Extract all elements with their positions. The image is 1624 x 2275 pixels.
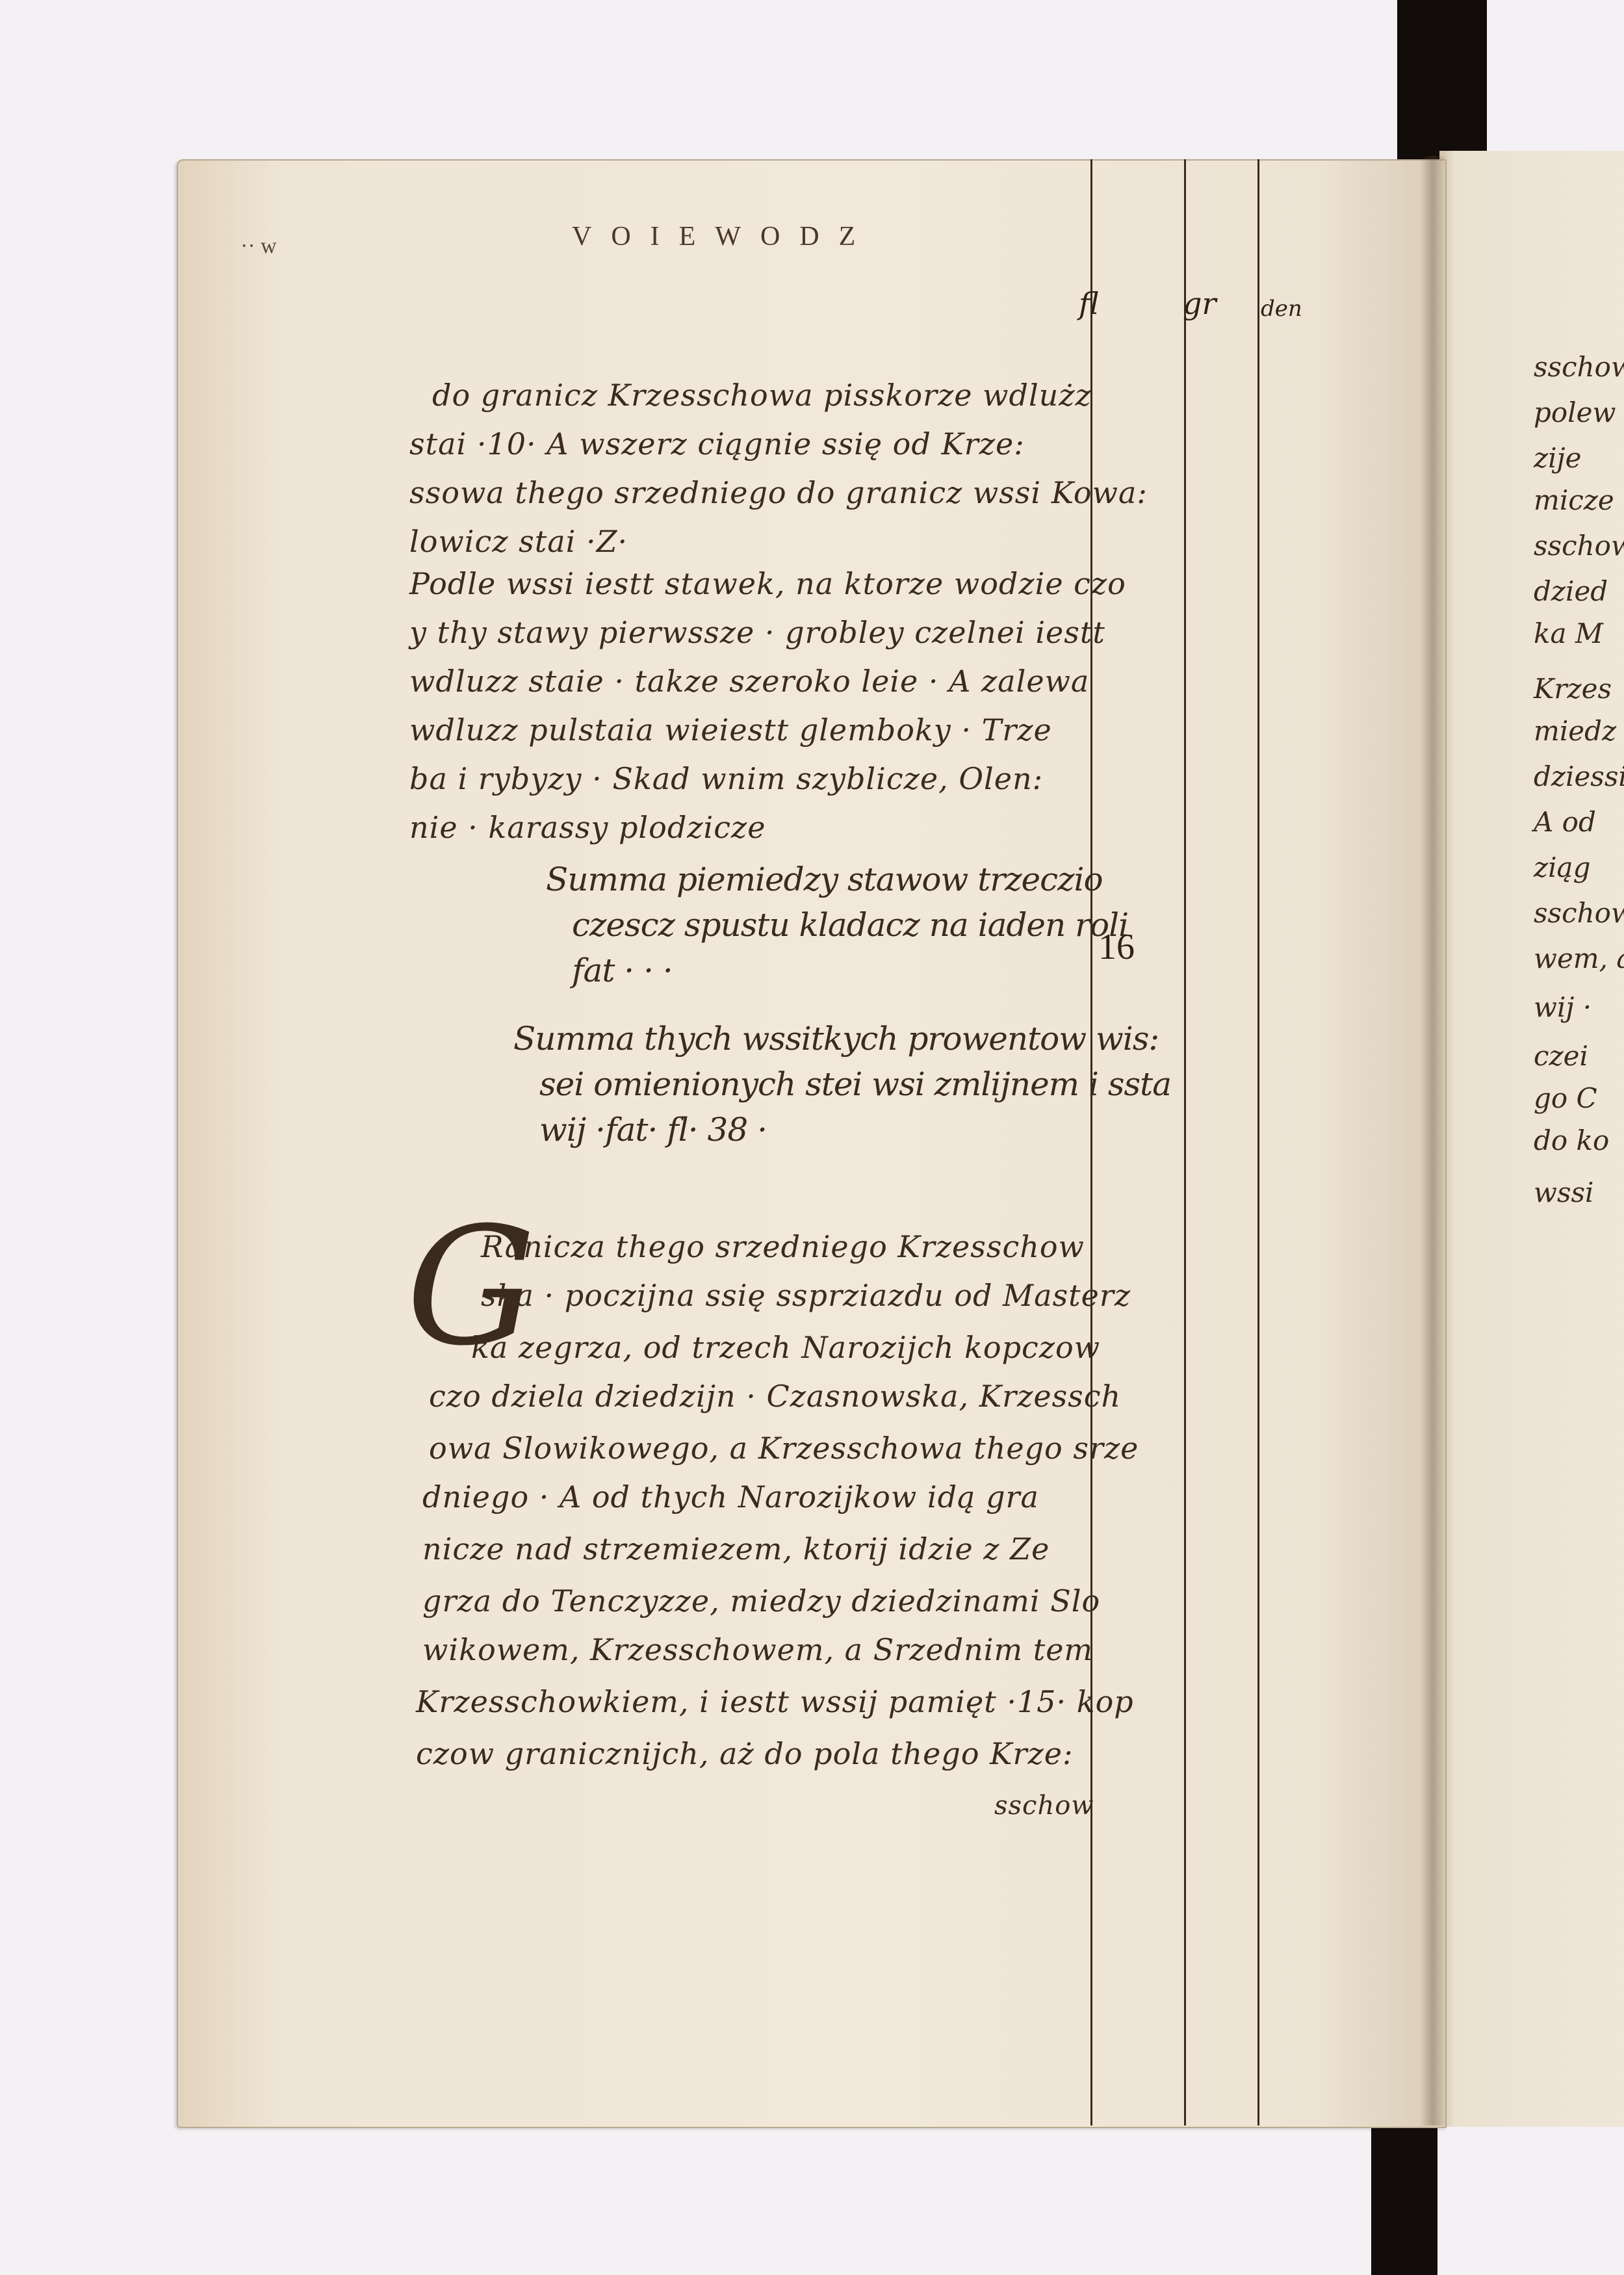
text-line: Summa piemiedzy stawow trzeczio bbox=[546, 855, 1103, 904]
text-line: ka zegrza, od trzech Narozijch kopczow bbox=[471, 1323, 1100, 1372]
text-line: wij · bbox=[1534, 991, 1592, 1023]
text-line: Krzes bbox=[1534, 673, 1612, 705]
text-line: czo dziela dziedzijn · Czasnowska, Krzes… bbox=[429, 1371, 1121, 1421]
text-line: Ranicza thego srzedniego Krzesschow bbox=[481, 1222, 1085, 1271]
column-header-denars: den bbox=[1261, 296, 1302, 322]
column-header-groszy: gr bbox=[1183, 286, 1216, 321]
text-line: czei bbox=[1534, 1040, 1588, 1072]
text-line: wij ·fat· fl· 38 · bbox=[539, 1105, 767, 1154]
text-line: ska · poczijna ssię ssprziazdu od Master… bbox=[481, 1271, 1131, 1320]
text-line: A od bbox=[1534, 806, 1596, 838]
text-line: stai ·10· A wszerz ciągnie ssię od Krze: bbox=[409, 419, 1025, 469]
text-line: wdluzz pulstaia wieiestt glemboky · Trze bbox=[409, 705, 1052, 755]
text-line: micze bbox=[1534, 484, 1614, 516]
text-line: ka M bbox=[1534, 617, 1603, 649]
text-line: do ko bbox=[1534, 1124, 1609, 1156]
text-line: Krzesschowkiem, i iestt wssij pamięt ·15… bbox=[416, 1677, 1134, 1726]
text-line: fat · · · bbox=[572, 946, 673, 995]
column-header-florins: fl bbox=[1079, 286, 1099, 321]
text-line: wdluzz staie · takze szeroko leie · A za… bbox=[409, 656, 1089, 706]
text-line: go C bbox=[1534, 1082, 1597, 1114]
text-line: czescz spustu kladacz na iaden roli bbox=[572, 900, 1128, 950]
catchword: sschow bbox=[994, 1781, 1094, 1830]
book-gutter bbox=[1420, 156, 1446, 2125]
text-line: ziąg bbox=[1534, 851, 1591, 883]
text-line: sschowk bbox=[1534, 530, 1624, 562]
text-line: Podle wssi iestt stawek, na ktorze wodzi… bbox=[409, 559, 1126, 608]
text-line: dniego · A od thych Narozijkow idą gra bbox=[422, 1472, 1039, 1522]
margin-mark: ·· w bbox=[240, 234, 277, 259]
text-line: ssowa thego srzedniego do granicz wssi K… bbox=[409, 468, 1148, 517]
column-rule-2 bbox=[1184, 159, 1186, 2125]
text-line: sei omienionych stei wsi zmlijnem i ssta bbox=[539, 1059, 1171, 1109]
text-line: owa Slowikowego, a Krzesschowa thego srz… bbox=[429, 1423, 1139, 1473]
text-line: wssi bbox=[1534, 1176, 1594, 1208]
text-line: nicze nad strzemiezem, ktorij idzie z Ze bbox=[422, 1524, 1050, 1574]
text-line: sschow bbox=[1534, 351, 1624, 383]
text-line: czow granicznijch, aż do pola thego Krze… bbox=[416, 1729, 1073, 1778]
text-line: sschow bbox=[1534, 897, 1624, 929]
text-line: dzied bbox=[1534, 575, 1608, 607]
running-header: VOIEWODZ bbox=[572, 221, 875, 252]
text-line: zije bbox=[1534, 442, 1581, 474]
column-rule-1 bbox=[1090, 159, 1092, 2125]
amount-florins: 16 bbox=[1098, 926, 1135, 968]
text-line: wem, a bbox=[1534, 942, 1624, 974]
text-line: wikowem, Krzesschowem, a Srzednim tem bbox=[422, 1625, 1093, 1674]
text-line: polew bbox=[1534, 396, 1616, 428]
text-line: dziessi bbox=[1534, 760, 1624, 792]
binding-ribbon-top bbox=[1397, 0, 1487, 162]
text-line: nie · karassy plodzicze bbox=[409, 803, 766, 852]
text-line: y thy stawy pierwssze · grobley czelnei … bbox=[409, 608, 1105, 657]
text-line: ba i rybyzy · Skad wnim szyblicze, Olen: bbox=[409, 754, 1043, 803]
column-rule-3 bbox=[1257, 159, 1259, 2125]
text-line: grza do Tenczyzze, miedzy dziedzinami Sl… bbox=[422, 1576, 1100, 1626]
text-line: Summa thych wssitkych prowentow wis: bbox=[513, 1014, 1159, 1063]
text-line: do granicz Krzesschowa pisskorze wdlużz bbox=[432, 370, 1092, 420]
text-line: miedz bbox=[1534, 715, 1616, 747]
